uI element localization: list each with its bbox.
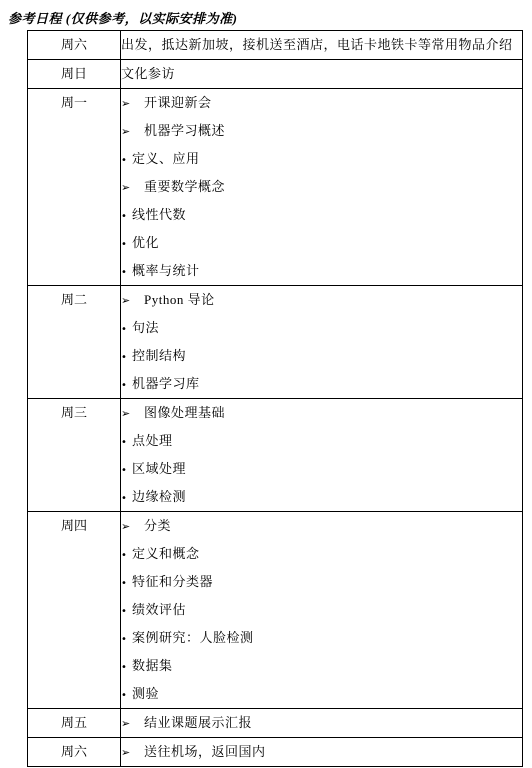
subtopic-line: •区域处理 xyxy=(121,455,522,483)
item-text: 分类 xyxy=(144,518,171,533)
dot-bullet-icon: • xyxy=(121,654,132,680)
item-text: 概率与统计 xyxy=(132,263,200,278)
dot-bullet-icon: • xyxy=(121,542,132,568)
subtopic-line: •控制结构 xyxy=(121,342,522,370)
item-text: 案例研究：人脸检测 xyxy=(132,630,254,645)
topic-line: ➢送往机场，返回国内 xyxy=(121,738,522,766)
subtopic-line: •定义、应用 xyxy=(121,145,522,173)
content-cell: 出发，抵达新加坡，接机送至酒店，电话卡地铁卡等常用物品介绍 xyxy=(121,31,523,60)
subtopic-line: •定义和概念 xyxy=(121,540,522,568)
topic-line: ➢图像处理基础 xyxy=(121,399,522,427)
arrow-bullet-icon: ➢ xyxy=(121,287,144,314)
subtopic-line: •边缘检测 xyxy=(121,483,522,511)
content-cell: 文化参访 xyxy=(121,60,523,89)
schedule-table-body: 周六出发，抵达新加坡，接机送至酒店，电话卡地铁卡等常用物品介绍周日文化参访周一➢… xyxy=(28,31,523,767)
table-row: 周四➢分类•定义和概念•特征和分类器•绩效评估•案例研究：人脸检测•数据集•测验 xyxy=(28,512,523,709)
item-text: 结业课题展示汇报 xyxy=(144,715,252,730)
dot-bullet-icon: • xyxy=(121,570,132,596)
item-text: 边缘检测 xyxy=(132,489,186,504)
subtopic-line: •点处理 xyxy=(121,427,522,455)
item-text: 机器学习概述 xyxy=(144,123,225,138)
day-cell: 周五 xyxy=(28,709,121,738)
subtopic-line: •数据集 xyxy=(121,652,522,680)
arrow-bullet-icon: ➢ xyxy=(121,90,144,117)
page-title: 参考日程 (仅供参考，以实际安排为准) xyxy=(0,0,532,30)
item-text: 测验 xyxy=(132,686,159,701)
dot-bullet-icon: • xyxy=(121,682,132,708)
table-row: 周二➢Python 导论•句法•控制结构•机器学习库 xyxy=(28,286,523,399)
arrow-bullet-icon: ➢ xyxy=(121,118,144,145)
table-row: 周六➢送往机场，返回国内 xyxy=(28,738,523,767)
document-page: 参考日程 (仅供参考，以实际安排为准) 周六出发，抵达新加坡，接机送至酒店，电话… xyxy=(0,0,532,768)
item-text: 重要数学概念 xyxy=(144,179,225,194)
content-line: 文化参访 xyxy=(121,60,522,88)
day-cell: 周日 xyxy=(28,60,121,89)
day-cell: 周三 xyxy=(28,399,121,512)
schedule-table: 周六出发，抵达新加坡，接机送至酒店，电话卡地铁卡等常用物品介绍周日文化参访周一➢… xyxy=(27,30,523,767)
dot-bullet-icon: • xyxy=(121,457,132,483)
item-text: 出发，抵达新加坡，接机送至酒店，电话卡地铁卡等常用物品介绍 xyxy=(121,37,513,52)
day-cell: 周一 xyxy=(28,89,121,286)
item-text: 机器学习库 xyxy=(132,376,200,391)
dot-bullet-icon: • xyxy=(121,147,132,173)
day-cell: 周六 xyxy=(28,31,121,60)
topic-line: ➢开课迎新会 xyxy=(121,89,522,117)
subtopic-line: •句法 xyxy=(121,314,522,342)
dot-bullet-icon: • xyxy=(121,231,132,257)
item-text: 句法 xyxy=(132,320,159,335)
content-cell: ➢图像处理基础•点处理•区域处理•边缘检测 xyxy=(121,399,523,512)
item-text: 文化参访 xyxy=(121,66,175,81)
content-cell: ➢结业课题展示汇报 xyxy=(121,709,523,738)
topic-line: ➢重要数学概念 xyxy=(121,173,522,201)
table-row: 周三➢图像处理基础•点处理•区域处理•边缘检测 xyxy=(28,399,523,512)
topic-line: ➢结业课题展示汇报 xyxy=(121,709,522,737)
topic-line: ➢分类 xyxy=(121,512,522,540)
subtopic-line: •机器学习库 xyxy=(121,370,522,398)
table-row: 周六出发，抵达新加坡，接机送至酒店，电话卡地铁卡等常用物品介绍 xyxy=(28,31,523,60)
arrow-bullet-icon: ➢ xyxy=(121,174,144,201)
item-text: Python 导论 xyxy=(144,292,215,307)
content-cell: ➢Python 导论•句法•控制结构•机器学习库 xyxy=(121,286,523,399)
dot-bullet-icon: • xyxy=(121,316,132,342)
subtopic-line: •绩效评估 xyxy=(121,596,522,624)
subtopic-line: •概率与统计 xyxy=(121,257,522,285)
dot-bullet-icon: • xyxy=(121,344,132,370)
content-cell: ➢送往机场，返回国内 xyxy=(121,738,523,767)
arrow-bullet-icon: ➢ xyxy=(121,710,144,737)
item-text: 线性代数 xyxy=(132,207,186,222)
subtopic-line: •线性代数 xyxy=(121,201,522,229)
item-text: 送往机场，返回国内 xyxy=(144,744,266,759)
item-text: 区域处理 xyxy=(132,461,186,476)
dot-bullet-icon: • xyxy=(121,485,132,511)
item-text: 图像处理基础 xyxy=(144,405,225,420)
subtopic-line: •特征和分类器 xyxy=(121,568,522,596)
dot-bullet-icon: • xyxy=(121,626,132,652)
subtopic-line: •优化 xyxy=(121,229,522,257)
dot-bullet-icon: • xyxy=(121,203,132,229)
dot-bullet-icon: • xyxy=(121,598,132,624)
topic-line: ➢Python 导论 xyxy=(121,286,522,314)
arrow-bullet-icon: ➢ xyxy=(121,739,144,766)
arrow-bullet-icon: ➢ xyxy=(121,513,144,540)
day-cell: 周六 xyxy=(28,738,121,767)
table-row: 周日文化参访 xyxy=(28,60,523,89)
dot-bullet-icon: • xyxy=(121,259,132,285)
dot-bullet-icon: • xyxy=(121,429,132,455)
topic-line: ➢机器学习概述 xyxy=(121,117,522,145)
arrow-bullet-icon: ➢ xyxy=(121,400,144,427)
day-cell: 周四 xyxy=(28,512,121,709)
item-text: 绩效评估 xyxy=(132,602,186,617)
item-text: 定义和概念 xyxy=(132,546,200,561)
content-cell: ➢开课迎新会➢机器学习概述•定义、应用➢重要数学概念•线性代数•优化•概率与统计 xyxy=(121,89,523,286)
content-cell: ➢分类•定义和概念•特征和分类器•绩效评估•案例研究：人脸检测•数据集•测验 xyxy=(121,512,523,709)
item-text: 控制结构 xyxy=(132,348,186,363)
dot-bullet-icon: • xyxy=(121,372,132,398)
table-row: 周五➢结业课题展示汇报 xyxy=(28,709,523,738)
item-text: 优化 xyxy=(132,235,159,250)
item-text: 定义、应用 xyxy=(132,151,200,166)
subtopic-line: •案例研究：人脸检测 xyxy=(121,624,522,652)
subtopic-line: •测验 xyxy=(121,680,522,708)
content-line: 出发，抵达新加坡，接机送至酒店，电话卡地铁卡等常用物品介绍 xyxy=(121,31,522,59)
item-text: 点处理 xyxy=(132,433,173,448)
item-text: 开课迎新会 xyxy=(144,95,212,110)
item-text: 数据集 xyxy=(132,658,173,673)
item-text: 特征和分类器 xyxy=(132,574,213,589)
day-cell: 周二 xyxy=(28,286,121,399)
table-row: 周一➢开课迎新会➢机器学习概述•定义、应用➢重要数学概念•线性代数•优化•概率与… xyxy=(28,89,523,286)
